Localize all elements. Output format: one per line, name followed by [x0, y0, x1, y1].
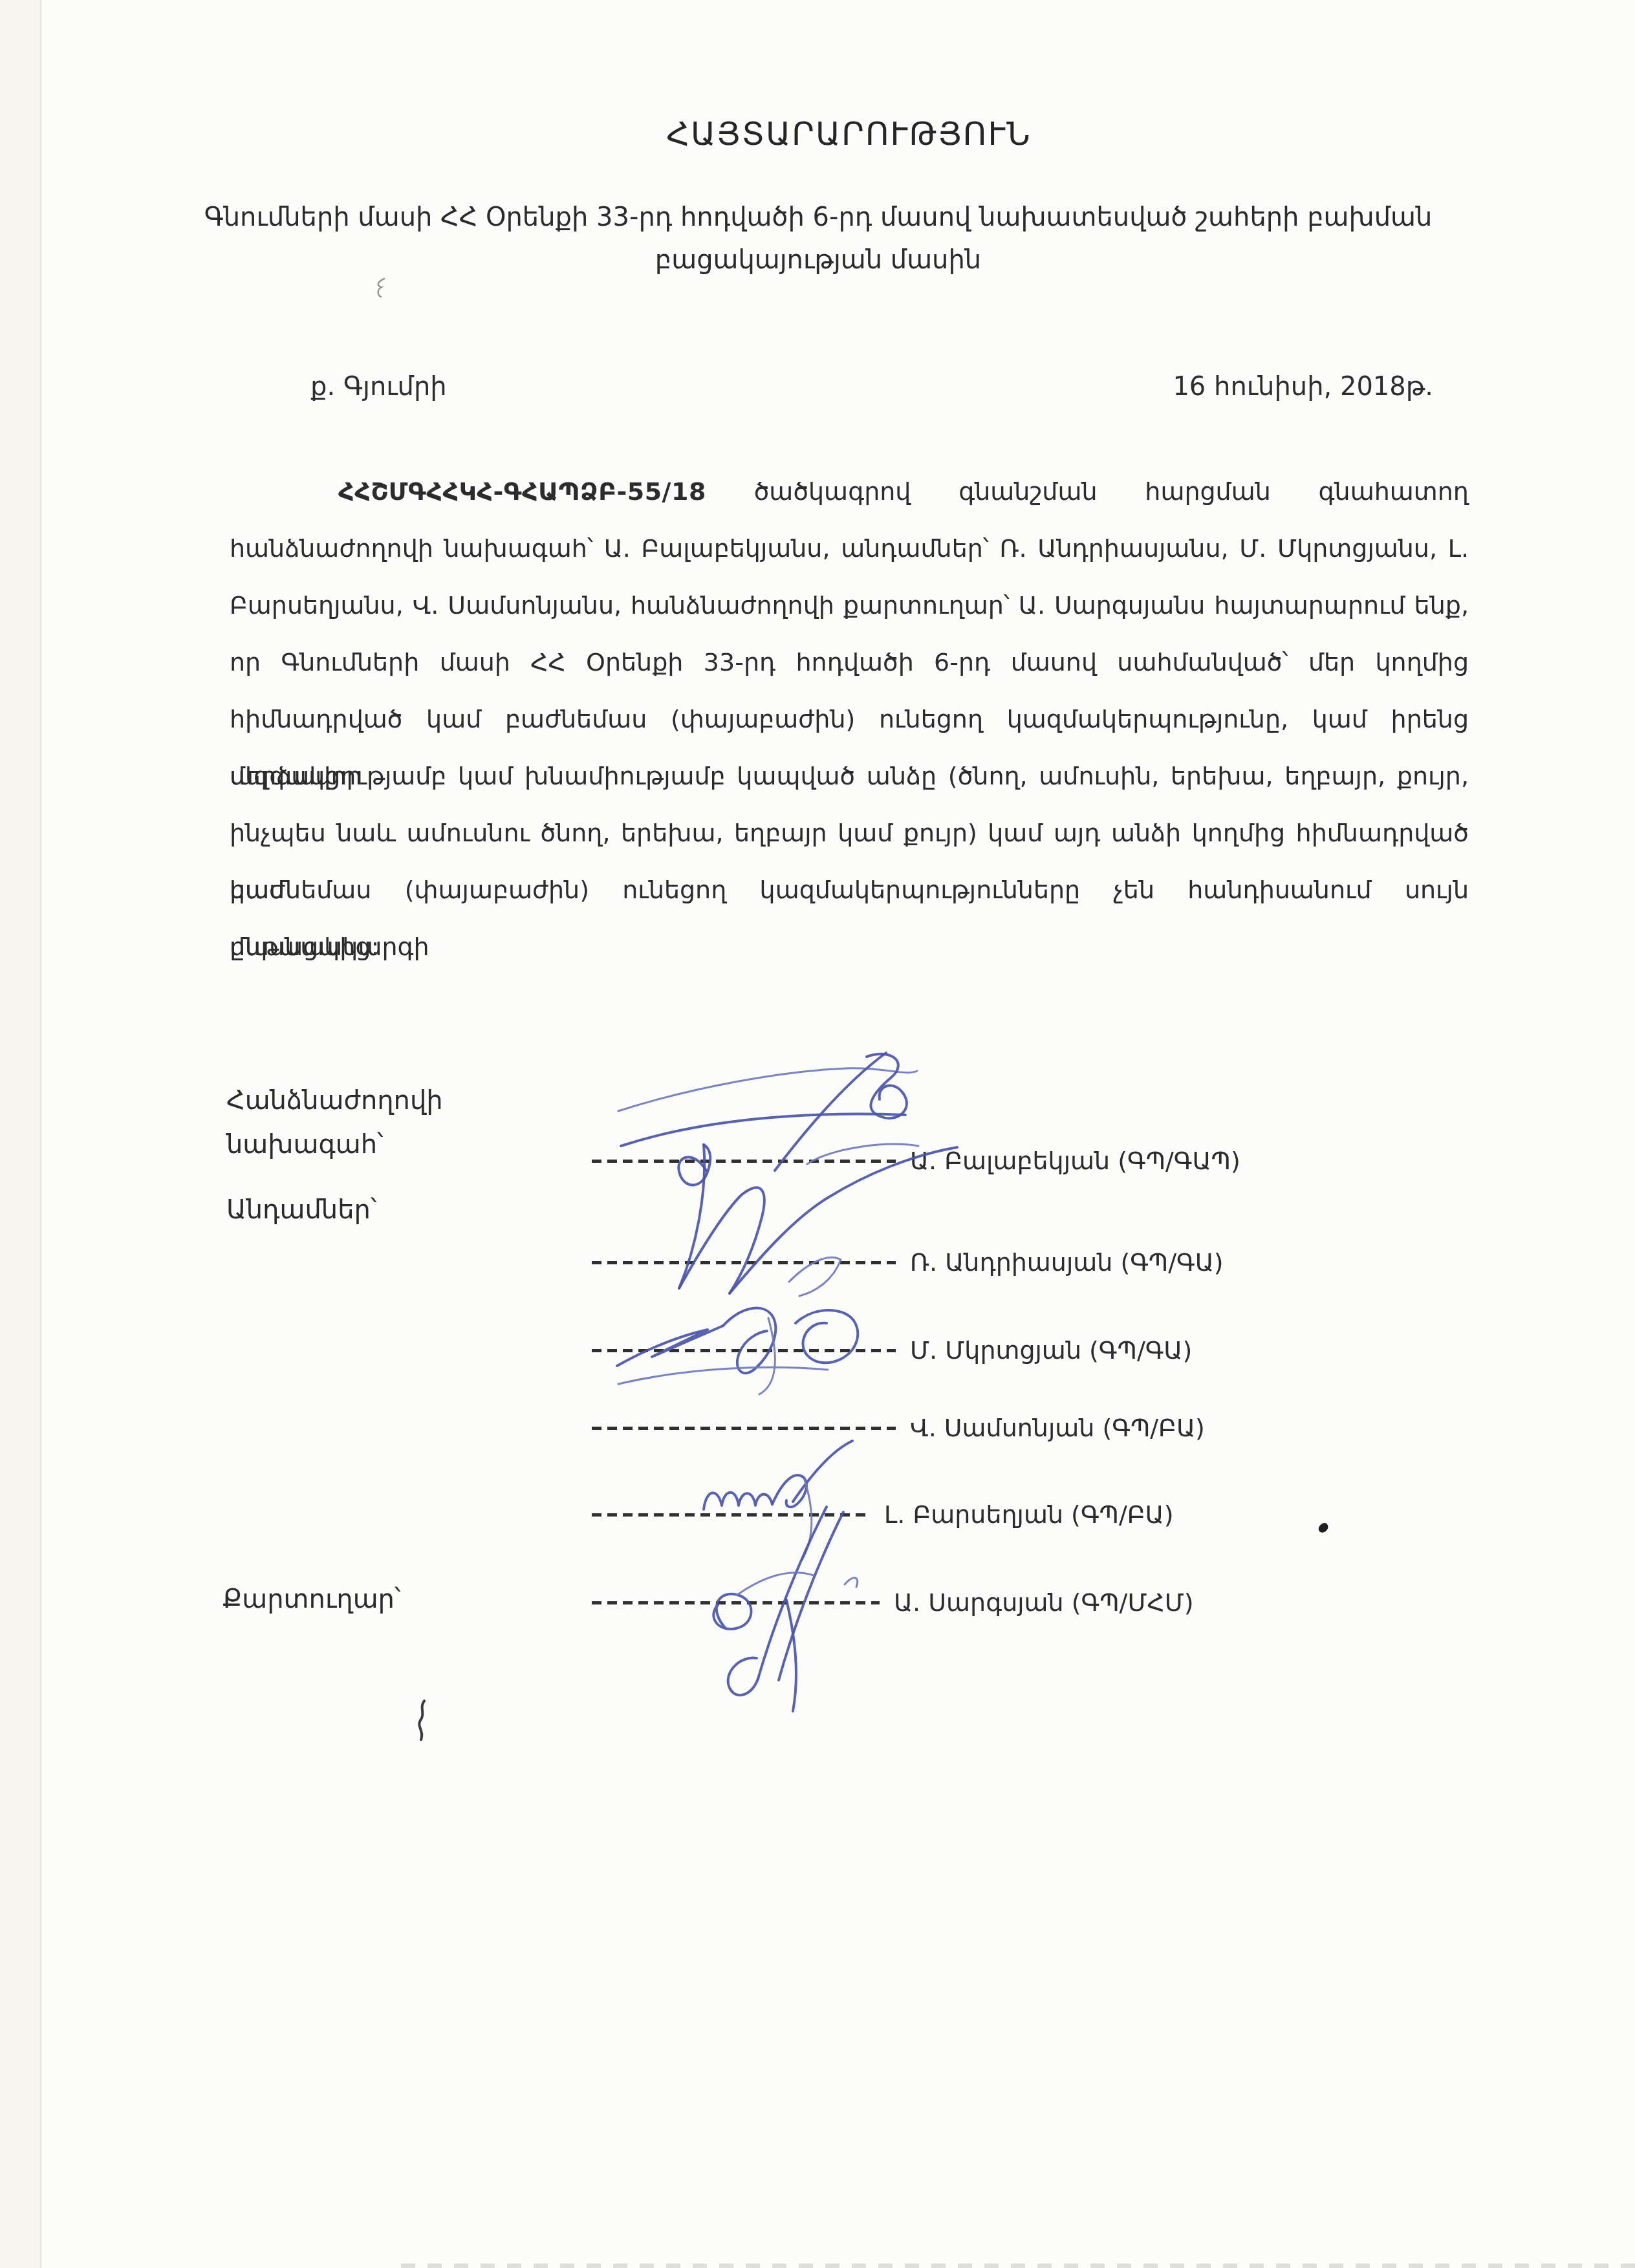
signer-name: Ա. Բալաբեկյան (ԳՊ/ԳԱՊ) [910, 1147, 1240, 1175]
secretary-label: Քարտուղար՝ [222, 1584, 400, 1614]
signature-dashed-line [592, 1427, 896, 1430]
paragraph-line-4: որ Գնումների մասի ՀՀ Օրենքի 33-րդ հոդված… [230, 634, 1469, 691]
paragraph-line-1-text: ծածկագրով գնանշման հարցման գնահատող [754, 477, 1469, 506]
first-line-indent [230, 499, 338, 500]
signature-dashed-line [592, 1160, 896, 1163]
place-date-row: ք. Գյումրի 16 հունիսի, 2018թ. [0, 372, 1635, 411]
signature-dashed-line [592, 1349, 896, 1352]
signature-row-member-2: Մ. Մկրտցյան (ԳՊ/ԳԱ) [592, 1335, 1192, 1366]
paragraph-line-5: հիմնադրված կամ բաժնեմաս (փայաբաժին) ունե… [230, 691, 1469, 748]
paragraph-line-6: ազգակցությամբ կամ խնամիությամբ կապված ան… [230, 748, 1469, 805]
signer-name: Ռ. Անդրիասյան (ԳՊ/ԳԱ) [910, 1248, 1224, 1277]
chairman-label-line2: նախագահ՝ [226, 1123, 443, 1167]
chairman-label-line1: Հանձնաժողովի [226, 1079, 443, 1123]
place-label: ք. Գյումրի [310, 372, 447, 402]
signature-dashed-line [592, 1261, 896, 1264]
members-label: Անդամներ՝ [226, 1195, 376, 1225]
signer-name: Վ. Սամսոնյան (ԳՊ/ԲԱ) [910, 1414, 1205, 1442]
signature-row-secretary: Ա. Սարգսյան (ԳՊ/ՄՀՄ) [592, 1587, 1194, 1618]
document-subtitle-line1: Գնումների մասի ՀՀ Օրենքի 33-րդ հոդվածի 6… [110, 196, 1526, 239]
signature-row-chairman: Ա. Բալաբեկյան (ԳՊ/ԳԱՊ) [592, 1145, 1240, 1176]
signature-row-member-4: Լ. Բարսեղյան (ԳՊ/ԲԱ) [592, 1499, 1174, 1530]
signature-row-member-3: Վ. Սամսոնյան (ԳՊ/ԲԱ) [592, 1412, 1205, 1443]
paragraph-line-8: բաժնեմաս (փայաբաժին) ունեցող կազմակերպու… [230, 861, 1469, 918]
ink-dot-mark [1317, 1522, 1330, 1534]
signature-row-member-1: Ռ. Անդրիասյան (ԳՊ/ԳԱ) [592, 1247, 1224, 1278]
stray-ink-mark [417, 1700, 431, 1741]
procurement-code: ՀՀՇՄԳՀՀԿՀ-ԳՀԱՊՁԲ-55/18 [338, 477, 706, 506]
paragraph-line-3: Բարսեղյանս, Վ. Սամսոնյանս, հանձնաժողովի … [230, 577, 1469, 634]
signature-dashed-line [592, 1513, 870, 1517]
paragraph-line-7: ինչպես նաև ամուսնու ծնող, երեխա, եղբայր … [230, 805, 1469, 861]
document-subtitle: Գնումների մասի ՀՀ Օրենքի 33-րդ հոդվածի 6… [110, 196, 1526, 281]
scan-edge-strip [0, 0, 40, 2268]
paragraph-line-1: ՀՀՇՄԳՀՀԿՀ-ԳՀԱՊՁԲ-55/18 ծածկագրով գնանշմա… [230, 463, 1469, 520]
pencil-stray-mark [373, 277, 389, 299]
signer-name: Մ. Մկրտցյան (ԳՊ/ԳԱ) [910, 1336, 1192, 1365]
chairman-label: Հանձնաժողովի նախագահ՝ [226, 1079, 443, 1167]
scan-bottom-noise [401, 2263, 1635, 2268]
signature-dashed-line [592, 1601, 880, 1604]
date-label: 16 հունիսի, 2018թ. [1173, 372, 1433, 402]
declaration-paragraph: ՀՀՇՄԳՀՀԿՀ-ԳՀԱՊՁԲ-55/18 ծածկագրով գնանշմա… [230, 463, 1469, 975]
scan-edge-line [40, 0, 41, 2268]
paragraph-line-2: հանձնաժողովի նախագահ՝ Ա. Բալաբեկյանս, ան… [230, 520, 1469, 577]
document-title: ՀԱՅՏԱՐԱՐՈՒԹՅՈՒՆ [230, 115, 1468, 153]
signer-name: Լ. Բարսեղյան (ԳՊ/ԲԱ) [884, 1500, 1174, 1529]
scanned-declaration-page: ՀԱՅՏԱՐԱՐՈՒԹՅՈՒՆ Գնումների մասի ՀՀ Օրենքի… [0, 0, 1635, 2268]
document-subtitle-line2: բացակայության մասին [110, 239, 1526, 281]
signer-name: Ա. Սարգսյան (ԳՊ/ՄՀՄ) [894, 1588, 1194, 1617]
